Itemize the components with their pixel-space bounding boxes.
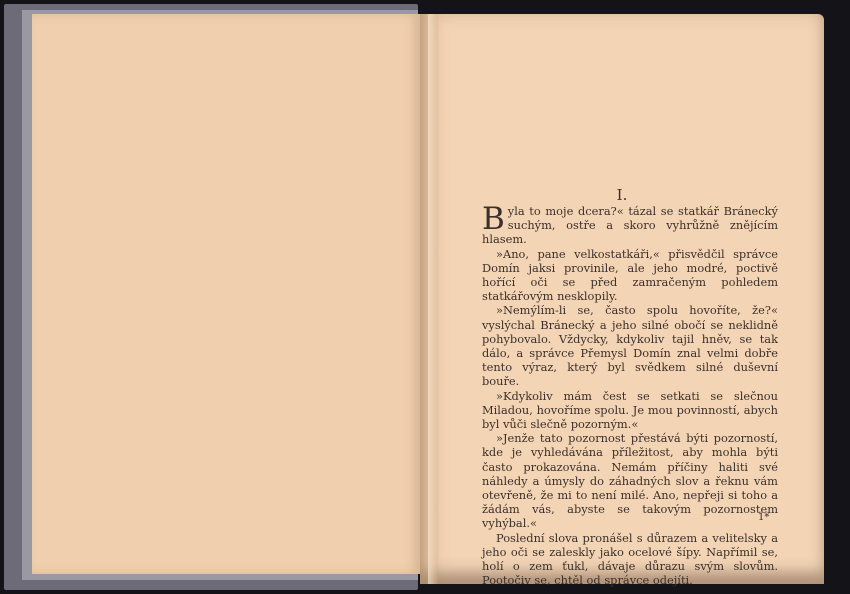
page-folio: 1* [758,512,769,523]
drop-cap: B [482,206,505,232]
left-page-blank [32,14,420,574]
paragraph: Poslední slova pronášel s důrazem a veli… [482,531,778,588]
paragraph: Byla to moje dcera?« tázal se statkář Br… [482,204,778,247]
paragraph: »Nemýlím-li se, často spolu hovoříte, že… [482,303,778,388]
chapter-text: Byla to moje dcera?« tázal se statkář Br… [482,204,778,587]
paragraph: »Jenže tato pozornost přestává býti pozo… [482,431,778,530]
book-gutter [428,14,438,584]
paragraph: »Kdykoliv mám čest se setkati se slečnou… [482,389,778,432]
chapter-number: I. [420,186,824,204]
paragraph: »Ano, pane velkostatkáři,« přisvědčil sp… [482,247,778,304]
